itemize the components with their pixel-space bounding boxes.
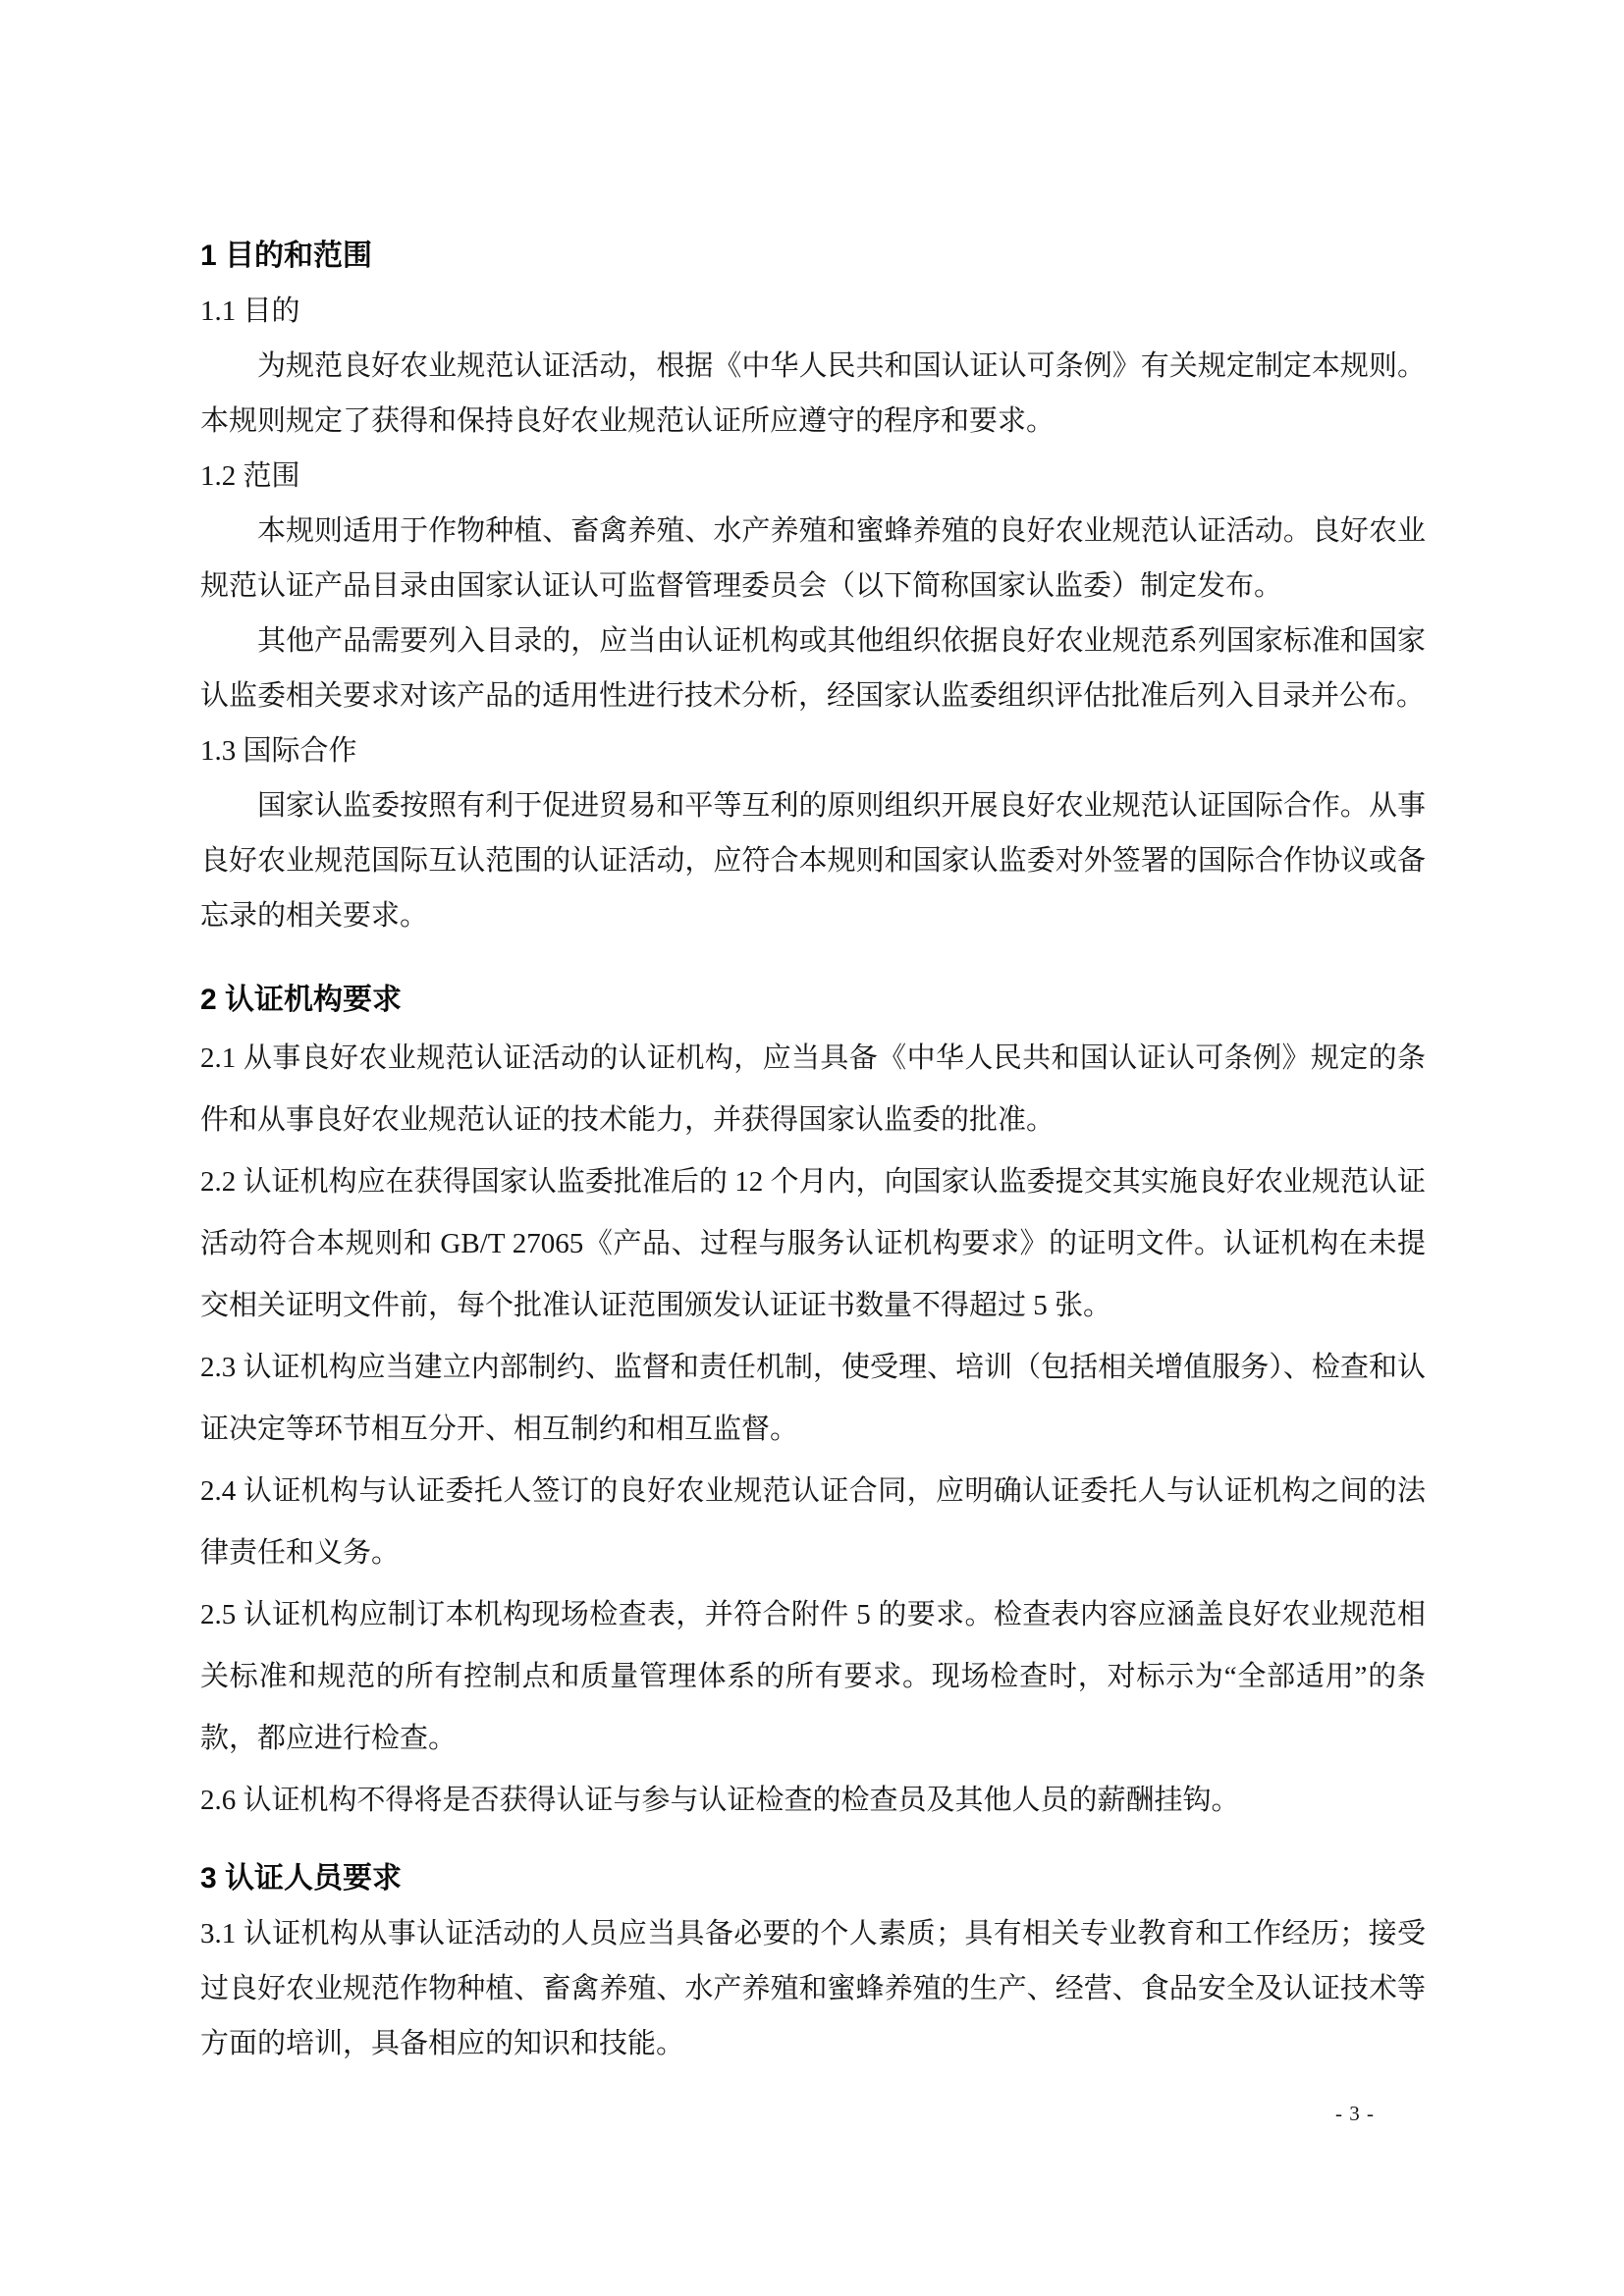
paragraph-3-1: 3.1 认证机构从事认证活动的人员应当具备必要的个人素质；具有相关专业教育和工作… bbox=[200, 1906, 1426, 2071]
paragraph-2-5: 2.5 认证机构应制订本机构现场检查表，并符合附件 5 的要求。检查表内容应涵盖… bbox=[200, 1584, 1426, 1770]
subsection-1-1-heading: 1.1 目的 bbox=[200, 284, 1426, 339]
section-2-heading: 2 认证机构要求 bbox=[200, 973, 1426, 1028]
paragraph-scope-2: 其他产品需要列入目录的，应当由认证机构或其他组织依据良好农业规范系列国家标准和国… bbox=[200, 614, 1426, 723]
paragraph-2-6: 2.6 认证机构不得将是否获得认证与参与认证检查的检查员及其他人员的薪酬挂钩。 bbox=[200, 1770, 1426, 1832]
paragraph-2-4: 2.4 认证机构与认证委托人签订的良好农业规范认证合同，应明确认证委托人与认证机… bbox=[200, 1461, 1426, 1584]
paragraph-2-2: 2.2 认证机构应在获得国家认监委批准后的 12 个月内，向国家认监委提交其实施… bbox=[200, 1151, 1426, 1337]
subsection-1-3-heading: 1.3 国际合作 bbox=[200, 723, 1426, 778]
paragraph-2-1: 2.1 从事良好农业规范认证活动的认证机构，应当具备《中华人民共和国认证认可条例… bbox=[200, 1028, 1426, 1151]
paragraph-purpose: 为规范良好农业规范认证活动，根据《中华人民共和国认证认可条例》有关规定制定本规则… bbox=[200, 339, 1426, 449]
subsection-1-2-heading: 1.2 范围 bbox=[200, 449, 1426, 504]
section-3-heading: 3 认证人员要求 bbox=[200, 1851, 1426, 1906]
paragraph-2-3: 2.3 认证机构应当建立内部制约、监督和责任机制，使受理、培训（包括相关增值服务… bbox=[200, 1337, 1426, 1461]
paragraph-international-cooperation: 国家认监委按照有利于促进贸易和平等互利的原则组织开展良好农业规范认证国际合作。从… bbox=[200, 778, 1426, 943]
document-page: 1 目的和范围 1.1 目的 为规范良好农业规范认证活动，根据《中华人民共和国认… bbox=[0, 0, 1624, 2296]
paragraph-scope-1: 本规则适用于作物种植、畜禽养殖、水产养殖和蜜蜂养殖的良好农业规范认证活动。良好农… bbox=[200, 504, 1426, 614]
page-number: - 3 - bbox=[1335, 2101, 1375, 2126]
document-content: 1 目的和范围 1.1 目的 为规范良好农业规范认证活动，根据《中华人民共和国认… bbox=[200, 229, 1426, 2071]
section-1-heading: 1 目的和范围 bbox=[200, 229, 1426, 284]
